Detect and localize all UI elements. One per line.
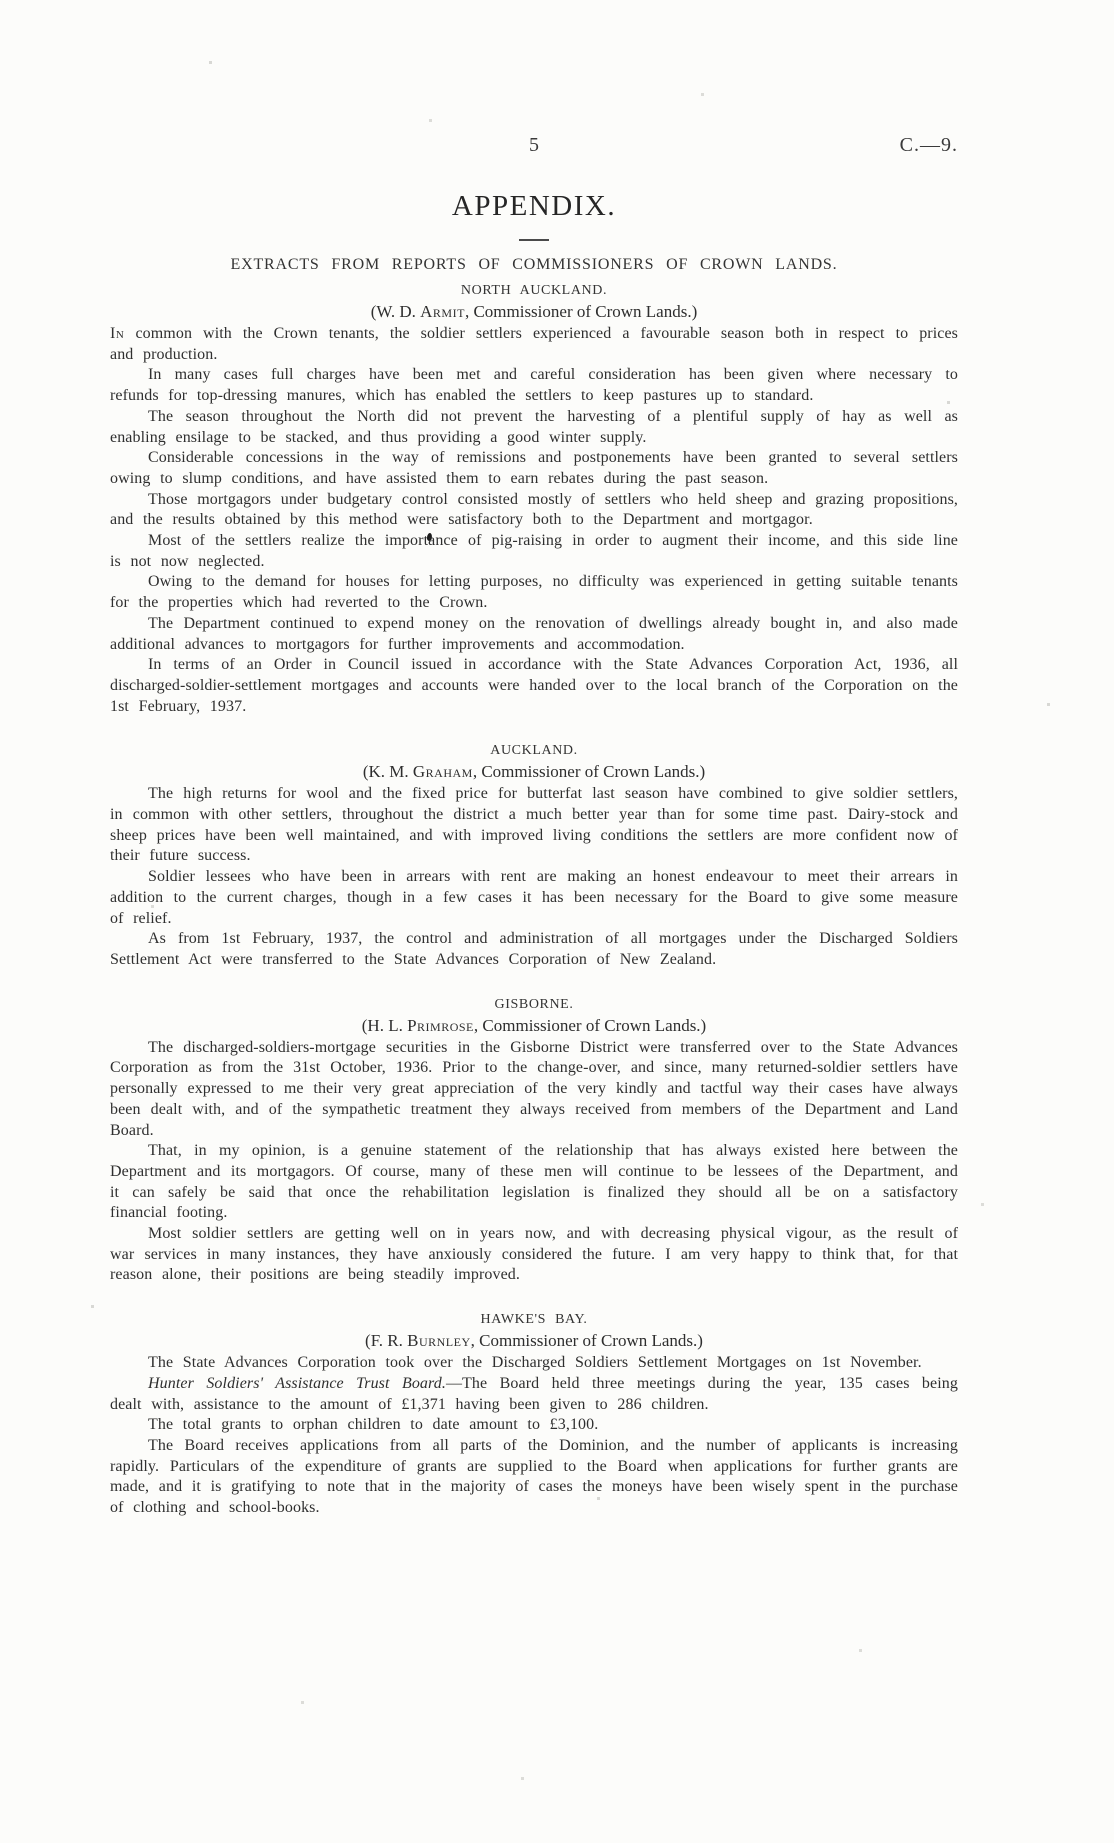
report-section: HAWKE'S BAY. (F. R. Burnley, Commissione…: [110, 1312, 958, 1519]
report-section: GISBORNE. (H. L. Primrose, Commissioner …: [110, 997, 958, 1286]
section-heading: GISBORNE.: [110, 997, 958, 1013]
paragraph: The season throughout the North did not …: [110, 407, 958, 448]
paragraph: Soldier lessees who have been in arrears…: [110, 867, 958, 929]
main-heading: EXTRACTS FROM REPORTS OF COMMISSIONERS O…: [110, 256, 958, 274]
page-header: 5 C.—9.: [110, 134, 958, 166]
paragraph: The high returns for wool and the fixed …: [110, 784, 958, 867]
paragraph: Owing to the demand for houses for letti…: [110, 572, 958, 613]
scan-speckles: [0, 0, 1, 1]
paragraph: Most soldier settlers are getting well o…: [110, 1224, 958, 1286]
page-title: APPENDIX.: [110, 190, 958, 223]
paragraph: The total grants to orphan children to d…: [110, 1415, 958, 1436]
report-section: AUCKLAND. (K. M. Graham, Commissioner of…: [110, 743, 958, 970]
commissioner-name: Armit: [420, 302, 465, 321]
paragraph: As from 1st February, 1937, the control …: [110, 929, 958, 970]
section-paragraphs: In common with the Crown tenants, the so…: [110, 324, 958, 717]
section-paragraphs: The State Advances Corporation took over…: [110, 1353, 958, 1519]
commissioner-byline: (W. D. Armit, Commissioner of Crown Land…: [110, 302, 958, 322]
commissioner-byline: (H. L. Primrose, Commissioner of Crown L…: [110, 1016, 958, 1036]
section-paragraphs: The high returns for wool and the fixed …: [110, 784, 958, 970]
paragraph: Most of the settlers realize the importa…: [110, 531, 958, 572]
title-divider-rule: [519, 239, 549, 241]
page-number: 5: [110, 134, 958, 157]
commissioner-name: Graham: [413, 762, 473, 781]
report-sections: NORTH AUCKLAND. (W. D. Armit, Commission…: [110, 283, 958, 1519]
document-page: 5 C.—9. APPENDIX. EXTRACTS FROM REPORTS …: [0, 0, 1114, 1843]
commissioner-name: Primrose: [407, 1016, 474, 1035]
report-section: NORTH AUCKLAND. (W. D. Armit, Commission…: [110, 283, 958, 717]
paragraph: Those mortgagors under budgetary control…: [110, 490, 958, 531]
paragraph: The discharged-soldiers-mortgage securit…: [110, 1038, 958, 1142]
section-paragraphs: The discharged-soldiers-mortgage securit…: [110, 1038, 958, 1286]
section-heading: AUCKLAND.: [110, 743, 958, 759]
paragraph: Hunter Soldiers' Assistance Trust Board.…: [110, 1374, 958, 1415]
italic-lead: Hunter Soldiers' Assistance Trust Board.: [148, 1375, 446, 1392]
paragraph: The State Advances Corporation took over…: [110, 1353, 958, 1374]
paragraph: In many cases full charges have been met…: [110, 365, 958, 406]
paragraph: The Board receives applications from all…: [110, 1436, 958, 1519]
commissioner-byline: (K. M. Graham, Commissioner of Crown Lan…: [110, 762, 958, 782]
page-content: 5 C.—9. APPENDIX. EXTRACTS FROM REPORTS …: [110, 0, 958, 1519]
paragraph: Considerable concessions in the way of r…: [110, 448, 958, 489]
document-reference: C.—9.: [900, 134, 958, 157]
commissioner-name: Burnley: [407, 1331, 471, 1350]
paragraph: The Department continued to expend money…: [110, 614, 958, 655]
paragraph: In terms of an Order in Council issued i…: [110, 655, 958, 717]
commissioner-byline: (F. R. Burnley, Commissioner of Crown La…: [110, 1331, 958, 1351]
section-heading: NORTH AUCKLAND.: [110, 283, 958, 299]
paragraph: That, in my opinion, is a genuine statem…: [110, 1141, 958, 1224]
section-heading: HAWKE'S BAY.: [110, 1312, 958, 1328]
smallcaps-lead: In: [110, 325, 124, 342]
paragraph: In common with the Crown tenants, the so…: [110, 324, 958, 365]
